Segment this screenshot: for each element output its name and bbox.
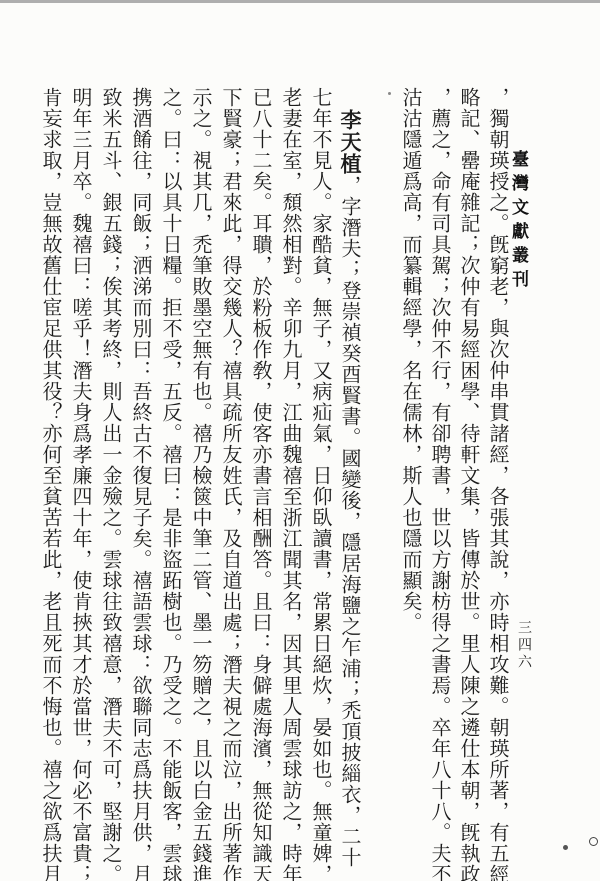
text-column: 明年三月卒。魏禧曰：嗟乎！潛夫身爲孝廉四十年，使肯挾其才於當世，何必不富貴；	[69, 87, 92, 881]
text-column: 已八十二矣。耳聵，於粉板作敎，使客亦書言相酬答。且曰：身僻處海濱，無從知識天	[249, 87, 272, 881]
ink-speck	[563, 845, 568, 850]
text-column: 沽沽隱遁爲高，而纂輯經學，名在儒林，斯人也隱而顯矣。	[399, 87, 422, 881]
scan-edge-top	[0, 0, 600, 3]
ink-speck	[388, 92, 391, 95]
entry-start-column: 李天植，字潛夫；登崇禎癸酉賢書。國變後，隱居海鹽之乍浦；禿頂披緇衣，二十	[339, 87, 362, 881]
text-column: 老妻在室，頹然相對。辛卯九月，江曲魏禧至浙江聞其名，因其里人周雲球訪之，時年	[279, 87, 302, 881]
text-column: ，薦之，命有司具駕；次仲不行，有卻聘書，世以方謝枋得之書焉。卒年八十八。夫不	[428, 87, 451, 881]
text-column: 略記、罍庵雜記；次仲有易經困學、待軒文集，皆傳於世。里人陳之遴仕本朝，旣執政	[457, 87, 480, 881]
text-column: 下賢豪；君來此，得交幾人？禧具疏所友姓氏，及自道出處；潛夫視之而泣，出所著作	[219, 87, 242, 881]
entry-headword: 李天植	[338, 109, 363, 175]
entry-text: ，字潛夫；登崇禎癸酉賢書。國變後，隱居海鹽之乍浦；禿頂披緇衣，二十	[338, 175, 362, 868]
text-column: 示之。視其几，禿筆敗墨空無有也。禧乃檢篋中筆二管、墨一笏贈之，且以白金五錢進	[189, 87, 212, 881]
text-column: 之。曰：以具十日糧。拒不受，五反。禧曰：是非盜跖樹也。乃受之。不能飯客，雲球	[159, 87, 182, 881]
page-number: 三四六	[512, 620, 534, 680]
text-column: 携酒餚往，同飯；洒涕而別曰：吾終古不復見子矣。禧語雲球：欲聯同志爲扶月供，月	[129, 87, 152, 881]
text-column: 七年不見人。家酷貧，無子，又病疝氣，日仰臥讀書，常累日絕炊，晏如也。無童婢，	[309, 87, 332, 881]
book-page-scan: 臺灣文獻叢刊 三四六 ，獨朝瑛授之。旣窮老，與次仲串貫諸經，各張其說，亦時相攻難…	[0, 0, 600, 881]
text-column: 肯妄求取，豈無故舊仕宦足供其役？亦何至貧苦若此，老且死而不悔也。禧之欲爲扶月	[39, 87, 62, 881]
text-column: ，獨朝瑛授之。旣窮老，與次仲串貫諸經，各張其說，亦時相攻難。朝瑛所著，有五經	[486, 87, 509, 881]
ink-speck	[589, 837, 598, 846]
text-column: 致米五斗、銀五錢；俟其考終，則人出一金殮之。雲球往致禧意，潛夫不可，堅謝之。	[99, 87, 122, 881]
